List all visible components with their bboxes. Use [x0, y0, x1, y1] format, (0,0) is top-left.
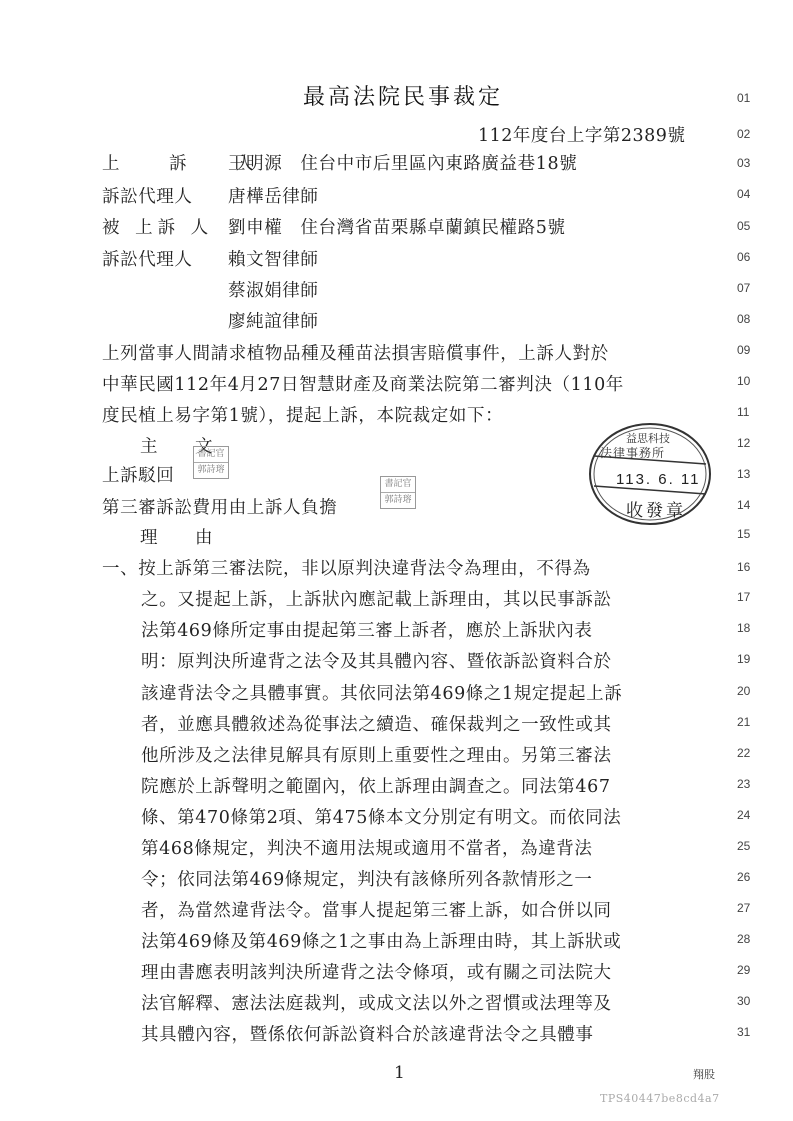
- clerk-seal-title: 書記官: [194, 447, 228, 463]
- line-number: 12: [737, 436, 750, 450]
- footer-unit: 翔股: [693, 1066, 715, 1082]
- line-number: 31: [737, 1025, 750, 1039]
- reason-line: 理由書應表明該判決所違背之法令條項，或有關之司法院大: [141, 959, 612, 984]
- line-number: 13: [737, 467, 750, 481]
- clerk-seal: 書記官 郭詩瑢: [193, 446, 229, 479]
- line-number: 03: [737, 156, 750, 170]
- clerk-seal-name: 郭詩瑢: [194, 463, 228, 478]
- reason-line: 第468條規定，判決不適用法規或適用不當者，為違背法: [141, 835, 593, 860]
- line-number: 10: [737, 374, 750, 388]
- case-number: 112年度台上字第2389號: [478, 122, 685, 147]
- reason-line: 法第469條所定事由提起第三審上訴者，應於上訴狀內表: [141, 617, 593, 642]
- line-number: 19: [737, 652, 750, 666]
- reason-line: 者，為當然違背法令。當事人提起第三審上訴，如合併以同: [141, 897, 612, 922]
- stamp-label: 收發章: [626, 496, 686, 521]
- page-number: 1: [394, 1063, 405, 1083]
- reason-line: 者，並應具體敘述為從事法之續造、確保裁判之一致性或其: [141, 711, 612, 736]
- reason-heading: 理 由: [140, 524, 223, 549]
- party-address: 住台中市后里區內東路廣益巷18號: [300, 154, 577, 174]
- party-appellee: 被 上訴 人劉申權 住台灣省苗栗縣卓蘭鎮民權路5號: [102, 214, 566, 239]
- line-number: 21: [737, 715, 750, 729]
- reason-line: 一、按上訴第三審法院，非以原判決違背法令為理由，不得為: [102, 555, 591, 580]
- main-line: 上訴駁回: [102, 462, 174, 487]
- received-stamp: 益思科技 法律事務所 113. 6. 11 收發章: [588, 422, 718, 526]
- reason-line: 院應於上訴聲明之範圍內，依上訴理由調查之。同法第467: [141, 773, 611, 798]
- line-number: 11: [737, 405, 749, 419]
- intro-line: 度民植上易字第1號），提起上訴，本院裁定如下：: [102, 402, 503, 427]
- line-number: 17: [737, 590, 750, 604]
- line-number: 05: [737, 219, 750, 233]
- line-number: 20: [737, 684, 750, 698]
- party-address: 住台灣省苗栗縣卓蘭鎮民權路5號: [300, 218, 565, 238]
- clerk-seal-name: 郭詩瑢: [381, 493, 415, 508]
- party-name: 賴文智律師: [228, 250, 319, 270]
- line-number: 28: [737, 932, 750, 946]
- court-ruling-page: 最高法院民事裁定 112年度台上字第2389號 上 訴 人王明源 住台中市后里區…: [0, 0, 793, 1121]
- reason-line: 該違背法令之具體事實。其依同法第469條之1規定提起上訴: [141, 680, 622, 705]
- reason-line: 明：原判決所違背之法令及其具體內容、暨依訴訟資料合於: [141, 648, 612, 673]
- line-number: 27: [737, 901, 750, 915]
- party-appellee-attorney-2: 蔡淑娟律師: [102, 277, 319, 302]
- line-number: 09: [737, 343, 750, 357]
- intro-line: 上列當事人間請求植物品種及種苗法損害賠償事件，上訴人對於: [102, 340, 609, 365]
- line-number: 22: [737, 746, 750, 760]
- line-number: 15: [737, 527, 750, 541]
- reason-line: 條、第470條第2項、第475條本文分別定有明文。而依同法: [141, 804, 621, 829]
- footer-code: TPS40447be8cd4a7: [600, 1092, 720, 1105]
- line-number: 02: [737, 127, 750, 141]
- party-label: 訴訟代理人: [102, 183, 228, 208]
- party-label: 被 上訴 人: [102, 214, 228, 239]
- line-number: 06: [737, 250, 750, 264]
- party-name: 唐樺岳律師: [228, 187, 319, 207]
- stamp-org-line2: 法律事務所: [600, 444, 665, 461]
- line-number: 18: [737, 621, 750, 635]
- clerk-seal: 書記官 郭詩瑢: [380, 476, 416, 509]
- reason-line: 之。又提起上訴，上訴狀內應記載上訴理由，其以民事訴訟: [141, 586, 612, 611]
- document-title: 最高法院民事裁定: [303, 80, 503, 111]
- party-label: 訴訟代理人: [102, 246, 228, 271]
- line-number: 04: [737, 187, 750, 201]
- line-number: 24: [737, 808, 750, 822]
- intro-line: 中華民國112年4月27日智慧財產及商業法院第二審判決（110年: [102, 371, 624, 396]
- line-number: 14: [737, 498, 750, 512]
- line-number: 01: [737, 91, 750, 105]
- party-name: 劉申權: [228, 218, 282, 238]
- line-number: 08: [737, 312, 750, 326]
- party-name: 王明源: [228, 154, 282, 174]
- party-appellee-attorney-3: 廖純誼律師: [102, 308, 319, 333]
- reason-line: 法第469條及第469條之1之事由為上訴理由時，其上訴狀或: [141, 928, 621, 953]
- main-line: 第三審訴訟費用由上訴人負擔: [102, 494, 337, 519]
- line-number: 26: [737, 870, 750, 884]
- party-appellee-attorney: 訴訟代理人賴文智律師: [102, 246, 319, 271]
- party-appellant: 上 訴 人王明源 住台中市后里區內東路廣益巷18號: [102, 150, 577, 175]
- line-number: 07: [737, 281, 750, 295]
- party-label: 上 訴 人: [102, 150, 228, 175]
- reason-line: 令；依同法第469條規定，判決有該條所列各款情形之一: [141, 866, 593, 891]
- party-name: 蔡淑娟律師: [228, 281, 319, 301]
- line-number: 16: [737, 560, 750, 574]
- party-appellant-attorney: 訴訟代理人唐樺岳律師: [102, 183, 319, 208]
- line-number: 29: [737, 963, 750, 977]
- line-number: 25: [737, 839, 750, 853]
- stamp-date: 113. 6. 11: [616, 471, 701, 488]
- clerk-seal-title: 書記官: [381, 477, 415, 493]
- line-number: 30: [737, 994, 750, 1008]
- reason-line: 他所涉及之法律見解具有原則上重要性之理由。另第三審法: [141, 742, 612, 767]
- party-name: 廖純誼律師: [228, 312, 319, 332]
- reason-line: 法官解釋、憲法法庭裁判，或成文法以外之習慣或法理等及: [141, 990, 612, 1015]
- reason-line: 其具體內容，暨係依何訴訟資料合於該違背法令之具體事: [141, 1021, 594, 1046]
- line-number: 23: [737, 777, 750, 791]
